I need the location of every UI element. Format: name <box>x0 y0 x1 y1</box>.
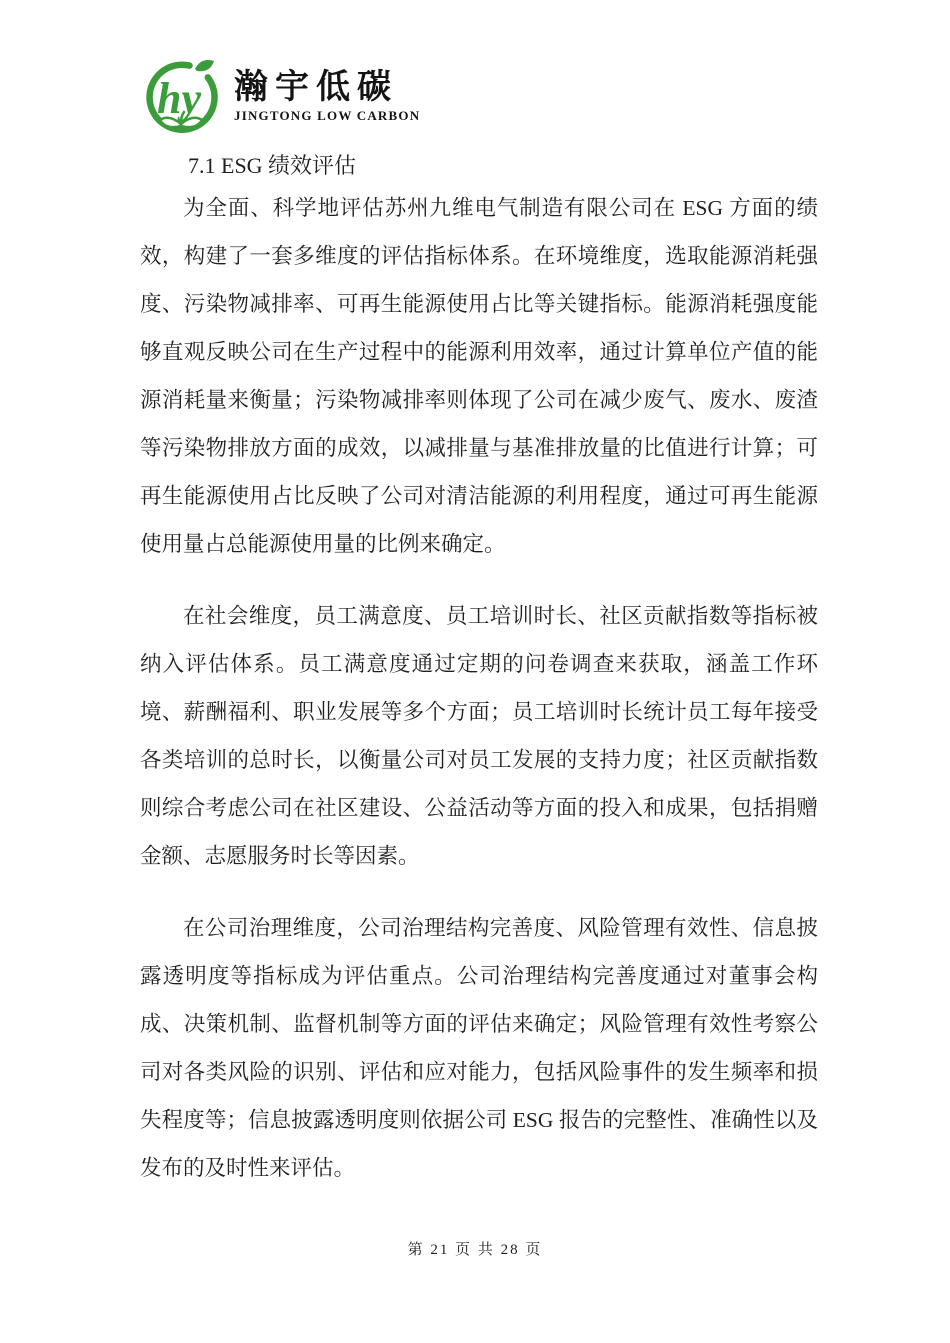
page-number-footer: 第 21 页 共 28 页 <box>0 1238 950 1259</box>
paragraph-governance: 在公司治理维度，公司治理结构完善度、风险管理有效性、信息披露透明度等指标成为评估… <box>140 904 818 1192</box>
logo-name-english: JINGTONG LOW CARBON <box>234 108 420 124</box>
paragraph-environment: 为全面、科学地评估苏州九维电气制造有限公司在 ESG 方面的绩效，构建了一套多维… <box>140 184 818 568</box>
paragraph-social: 在社会维度，员工满意度、员工培训时长、社区贡献指数等指标被纳入评估体系。员工满意… <box>140 592 818 880</box>
document-page: hy 瀚宇低碳 JINGTONG LOW CARBON 7.1 ESG 绩效评估… <box>0 0 950 1343</box>
company-logo: hy 瀚宇低碳 JINGTONG LOW CARBON <box>140 56 818 138</box>
section-heading: 7.1 ESG 绩效评估 <box>140 151 818 181</box>
page-content: hy 瀚宇低碳 JINGTONG LOW CARBON 7.1 ESG 绩效评估… <box>140 56 818 1192</box>
logo-name-chinese: 瀚宇低碳 <box>234 70 420 106</box>
leaf-circle-logo-icon: hy <box>140 56 222 138</box>
logo-wordmark: 瀚宇低碳 JINGTONG LOW CARBON <box>234 70 420 125</box>
logo-monogram: hy <box>157 74 201 123</box>
